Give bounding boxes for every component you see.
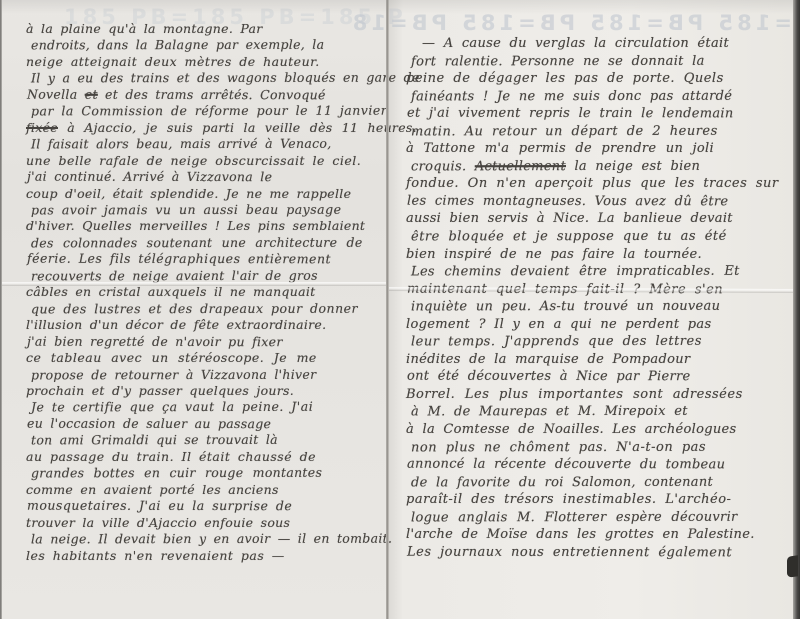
handwriting-line: à Tattone m'a permis de prendre un joli	[406, 140, 796, 158]
handwriting-line: eu l'occasion de saluer au passage	[27, 416, 384, 433]
handwriting-line: Il y a eu des trains et des wagons bloqu…	[31, 70, 384, 87]
handwriting-line: croquis. Actuellement la neige est bien	[411, 157, 796, 175]
handwriting-line: grandes bottes en cuir rouge montantes	[31, 465, 384, 482]
handwriting-line: non plus ne chôment pas. N'a-t-on pas	[411, 438, 796, 456]
handwriting-line: paraît-il des trésors inestimables. L'ar…	[406, 491, 796, 509]
handwriting-line: féerie. Les fils télégraphiques entièrem…	[27, 251, 384, 268]
handwriting-line: Borrel. Les plus importantes sont adress…	[406, 386, 796, 404]
handwriting-line: que des lustres et des drapeaux pour don…	[31, 300, 384, 317]
handwriting-line: maintenant quel temps fait-il ? Mère s'e…	[407, 280, 796, 298]
handwriting-line: mousquetaires. J'ai eu la surprise de	[27, 498, 384, 515]
handwriting-line: ont été découvertes à Nice par Pierre	[407, 368, 796, 386]
scan-top-shadow	[0, 0, 800, 14]
page-seam	[386, 0, 389, 619]
handwriting-line: fondue. On n'en aperçoit plus que les tr…	[406, 175, 796, 193]
handwriting-line: fort ralentie. Personne ne se donnait la	[411, 52, 796, 70]
handwriting-line: les cimes montagneuses. Vous avez dû êtr…	[407, 193, 796, 211]
handwriting-line: à M. de Maurepas et M. Mirepoix et	[411, 403, 796, 421]
handwriting-line: ton ami Grimaldi qui se trouvait là	[31, 432, 384, 449]
handwriting-line: Il faisait alors beau, mais arrivé à Ven…	[31, 136, 384, 153]
handwriting-line: peine de dégager les pas de porte. Quels	[406, 70, 796, 88]
handwriting-line: au passage du train. Il était chaussé de	[26, 449, 384, 465]
handwriting-line: des colonnades soutenant une architectur…	[31, 235, 384, 252]
handwriting-line: neige atteignait deux mètres de hauteur.	[26, 54, 384, 70]
handwriting-line: les habitants n'en revenaient pas —	[26, 548, 384, 564]
scan-edge-left	[0, 0, 2, 619]
left-page-handwriting: à la plaine qu'à la montagne. Parendroit…	[26, 21, 384, 564]
handwriting-line: de la favorite du roi Salomon, contenant	[411, 473, 796, 491]
scanned-letter: 185 PB=185 PB=185 P =185 PB=185 PB=185 P…	[0, 0, 800, 619]
handwriting-line: coup d'oeil, était splendide. Je ne me r…	[26, 186, 384, 202]
handwriting-line: endroits, dans la Balagne par exemple, l…	[31, 37, 384, 54]
handwriting-line: l'arche de Moïse dans les grottes en Pal…	[406, 526, 796, 544]
handwriting-line: et j'ai vivement repris le train le lend…	[407, 105, 796, 123]
handwriting-line: être bloquée et je suppose que tu as été	[411, 228, 796, 246]
handwriting-line: Novella et et des trams arrêtés. Convoqu…	[27, 86, 384, 103]
handwriting-line: Les chemins devaient être impraticables.…	[411, 263, 796, 281]
handwriting-line: matin. Au retour un départ de 2 heures	[411, 122, 796, 140]
right-page-handwriting: — A cause du verglas la circulation étai…	[406, 35, 796, 561]
handwriting-line: inquiète un peu. As-tu trouvé un nouveau	[411, 298, 796, 316]
handwriting-line: annoncé la récente découverte du tombeau	[407, 456, 796, 474]
handwriting-line: aussi bien servis à Nice. La banlieue de…	[406, 210, 796, 228]
handwriting-line: leur temps. J'apprends que des lettres	[411, 333, 796, 351]
handwriting-line: recouverts de neige avaient l'air de gro…	[31, 267, 384, 284]
handwriting-line: propose de retourner à Vizzavona l'hiver	[31, 366, 384, 383]
handwriting-line: l'illusion d'un décor de fête extraordin…	[26, 317, 384, 333]
handwriting-line: bien inspiré de ne pas faire la tournée.	[406, 246, 796, 264]
handwriting-line: la neige. Il devait bien y en avoir — il…	[31, 531, 384, 548]
handwriting-line: Les journaux nous entretiennent égalemen…	[407, 543, 796, 561]
handwriting-line: inédites de la marquise de Pompadour	[406, 351, 796, 369]
handwriting-line: logement ? Il y en a qui ne perdent pas	[406, 316, 796, 334]
handwriting-line: pas avoir jamais vu un aussi beau paysag…	[31, 202, 384, 219]
handwriting-line: — A cause du verglas la circulation étai…	[422, 35, 796, 53]
scan-corner-mark	[787, 555, 798, 578]
handwriting-line: ce tableau avec un stéréoscope. Je me	[26, 350, 384, 366]
handwriting-line: par la Commission de réforme pour le 11 …	[31, 103, 384, 120]
handwriting-line: à la plaine qu'à la montagne. Par	[26, 21, 384, 37]
handwriting-line: Je te certifie que ça vaut la peine. J'a…	[31, 399, 384, 416]
handwriting-line: une belle rafale de neige obscurcissait …	[26, 153, 384, 169]
handwriting-line: fixée à Ajaccio, je suis parti la veille…	[26, 120, 384, 136]
handwriting-line: prochain et d'y passer quelques jours.	[26, 383, 384, 399]
handwriting-line: d'hiver. Quelles merveilles ! Les pins s…	[26, 218, 384, 234]
handwriting-line: trouver la ville d'Ajaccio enfouie sous	[26, 515, 384, 531]
handwriting-line: j'ai bien regretté de n'avoir pu fixer	[27, 333, 384, 350]
handwriting-line: fainéants ! Je ne me suis donc pas attar…	[411, 87, 796, 105]
handwriting-line: j'ai continué. Arrivé à Vizzavona le	[27, 169, 384, 186]
handwriting-line: à la Comtesse de Noailles. Les archéolog…	[406, 421, 796, 439]
handwriting-line: comme en avaient porté les anciens	[26, 482, 384, 498]
scan-edge-right	[793, 0, 800, 619]
handwriting-line: logue anglais M. Flotterer espère découv…	[411, 508, 796, 526]
handwriting-line: câbles en cristal auxquels il ne manquai…	[26, 284, 384, 300]
